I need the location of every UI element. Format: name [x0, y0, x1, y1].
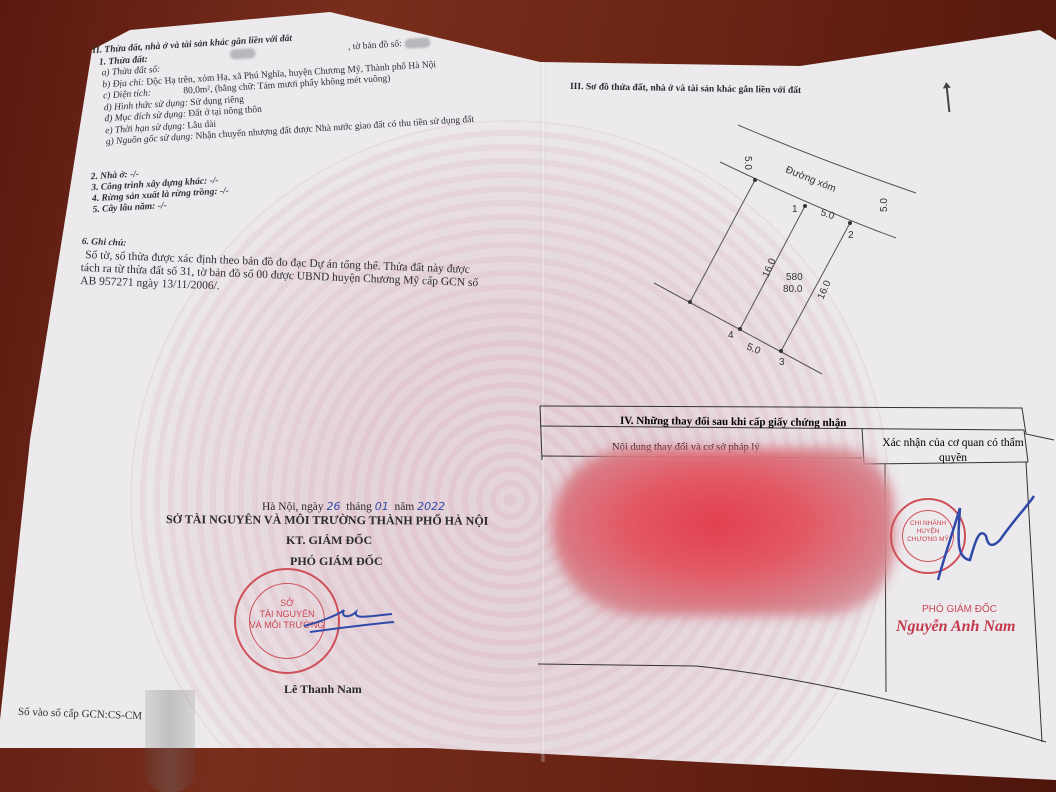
section-4-title: IV. Những thay đổi sau khi cấp giấy chứn… — [620, 415, 846, 429]
deputy-director-title: PHÓ GIÁM ĐỐC — [290, 554, 383, 569]
parcel-area: 80.0 — [783, 284, 803, 295]
year-label: năm — [394, 501, 414, 513]
signature-left-icon — [300, 604, 400, 636]
item-forest-value: -/- — [220, 186, 230, 196]
edge-bottom: 5.0 — [745, 342, 762, 358]
date-year: 2022 — [417, 500, 445, 513]
road-width-left: 5.0 — [742, 156, 753, 170]
parcel-diagram: Đường xóm 5.0 5.0 5.0 5.0 16.0 16.0 580 … — [640, 120, 920, 380]
date-month: 01 — [375, 500, 389, 513]
kt-director: KT. GIÁM ĐỐC — [286, 533, 372, 548]
road-label: Đường xóm — [784, 165, 838, 195]
signer-name-right: Nguyễn Anh Nam — [896, 618, 1015, 636]
signer-name-left: Lê Thanh Nam — [284, 682, 362, 697]
stamp-line: CHI NHÁNH — [892, 520, 964, 528]
col-authority-confirmation: Xác nhận của cơ quan có thẩm quyền — [878, 436, 1028, 466]
vertex-3: 3 — [779, 357, 785, 368]
redacted-map-sheet — [404, 37, 431, 49]
issuing-org: SỞ TÀI NGUYÊN VÀ MÔI TRƯỜNG THÀNH PHỐ HÀ… — [166, 512, 488, 529]
road-width-right: 5.0 — [879, 198, 890, 212]
vertex-2: 2 — [848, 230, 854, 241]
edge-top: 5.0 — [819, 207, 836, 222]
item-perennial-value: -/- — [157, 201, 167, 211]
redacted-parcel-no — [230, 48, 257, 60]
parcel-number: 580 — [786, 272, 803, 283]
map-sheet-label: , tờ bản đồ số: — [348, 39, 402, 52]
vertex-4: 4 — [728, 330, 734, 341]
vertex-1: 1 — [792, 204, 798, 215]
date-prefix: Hà Nội, ngày — [262, 501, 324, 513]
item-construction-value: -/- — [209, 176, 219, 186]
redacted-content — [552, 448, 894, 616]
stamp-line: CHƯƠNG MỸ — [892, 536, 964, 544]
date-day: 26 — [327, 500, 341, 513]
item-house-value: -/- — [130, 169, 140, 179]
finger-shadow — [145, 690, 195, 792]
month-label: tháng — [346, 501, 372, 513]
stamp-line: HUYỆN — [892, 528, 964, 536]
deputy-director-title-right: PHÓ GIÁM ĐỐC — [922, 604, 997, 615]
issue-date: Hà Nội, ngày 26 tháng 01 năm 2022 — [262, 500, 445, 513]
term-value: Lâu dài — [187, 119, 216, 131]
